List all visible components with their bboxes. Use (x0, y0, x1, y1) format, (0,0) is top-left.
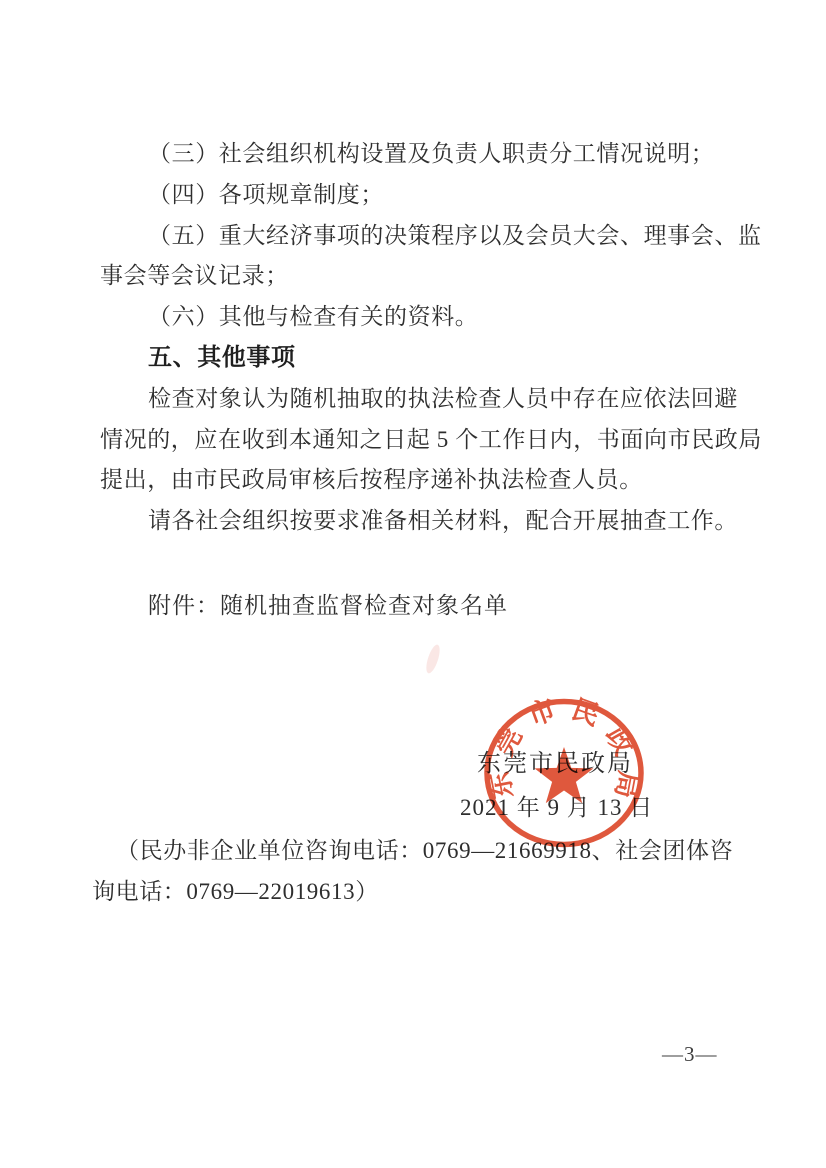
issuer-organization: 东莞市民政局 (477, 746, 633, 782)
contact-info: （民办非企业单位咨询电话：0769—21669918、社会团体咨 询电话：076… (0, 830, 780, 912)
paragraph-recusal-line1: 检查对象认为随机抽取的执法检查人员中存在应依法回避 (100, 379, 740, 420)
issue-date: 2021 年 9 月 13 日 (460, 790, 653, 826)
attachment-line: 附件：随机抽查监督检查对象名单 (148, 586, 508, 626)
list-item-5-line1: （五）重大经济事项的决策程序以及会员大会、理事会、监 (100, 216, 740, 257)
notice-body: （三）社会组织机构设置及负责人职责分工情况说明； （四）各项规章制度； （五）重… (100, 134, 740, 542)
page-number: —3— (662, 1042, 718, 1067)
paragraph-cooperation: 请各社会组织按要求准备相关材料，配合开展抽查工作。 (100, 501, 740, 542)
list-item-4: （四）各项规章制度； (100, 175, 740, 216)
paragraph-recusal-line3: 提出，由市民政局审核后按程序递补执法检查人员。 (100, 460, 740, 501)
contact-line1: （民办非企业单位咨询电话：0769—21669918、社会团体咨 (0, 830, 780, 871)
contact-line2: 询电话：0769—22019613） (0, 871, 780, 912)
list-item-5-line2: 事会等会议记录； (100, 256, 740, 297)
section-heading-other-matters: 五、其他事项 (100, 338, 740, 379)
scan-artifact (424, 643, 443, 675)
list-item-3: （三）社会组织机构设置及负责人职责分工情况说明； (100, 134, 740, 175)
document-page: （三）社会组织机构设置及负责人职责分工情况说明； （四）各项规章制度； （五）重… (0, 0, 826, 1168)
paragraph-recusal-line2: 情况的，应在收到本通知之日起 5 个工作日内，书面向市民政局 (100, 420, 740, 461)
list-item-6: （六）其他与检查有关的资料。 (100, 297, 740, 338)
